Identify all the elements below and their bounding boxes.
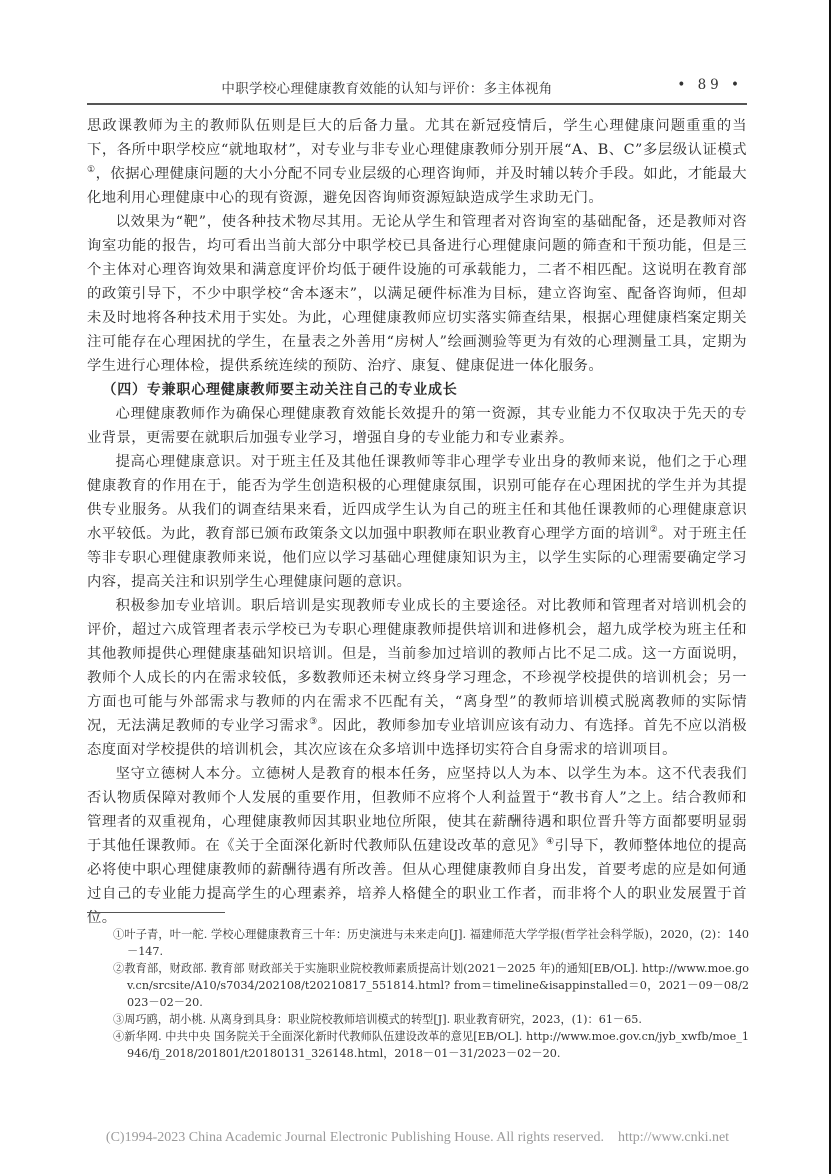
footnote-3: ③周巧鸥，胡小桃. 从离身到具身：职业院校教师培训模式的转型[J]. 职业教育研…	[113, 1011, 749, 1028]
paragraph: 思政课教师为主的教师队伍则是巨大的后备力量。尤其在新冠疫情后，学生心理健康问题重…	[87, 114, 747, 210]
header-rule	[87, 103, 747, 105]
footnote-ref-4[interactable]: ④	[546, 837, 555, 847]
footnote-2: ②教育部，财政部. 教育部 财政部关于实施职业院校教师素质提高计划(2021－2…	[113, 960, 749, 1011]
paragraph: 坚守立德树人本分。立德树人是教育的根本任务，应坚持以人为本、以学生为本。这不代表…	[87, 762, 747, 930]
paragraph-text: 积极参加专业培训。职后培训是实现教师专业成长的主要途径。对比教师和管理者对培训机…	[87, 598, 747, 734]
page-number: • 89 •	[677, 77, 743, 93]
footnote-ref-3[interactable]: ③	[309, 717, 318, 727]
running-header: 中职学校心理健康教育效能的认知与评价：多主体视角 • 89 •	[87, 77, 747, 99]
paragraph-text: 提高心理健康意识。对于班主任及其他任课教师等非心理学专业出身的教师来说，他们之于…	[87, 454, 747, 542]
paragraph-text: ，依据心理健康问题的大小分配不同专业层级的心理咨询师，并及时辅以转介手段。如此，…	[87, 166, 747, 206]
footnote-1: ①叶子青，叶一舵. 学校心理健康教育三十年：历史演进与未来走向[J]. 福建师范…	[113, 926, 749, 960]
section-heading: （四）专兼职心理健康教师要主动关注自己的专业成长	[87, 378, 747, 402]
footnote-ref-1[interactable]: ①	[87, 165, 96, 175]
paragraph: 心理健康教师作为确保心理健康教育效能长效提升的第一资源，其专业能力不仅取决于先天…	[87, 402, 747, 450]
footnotes: ①叶子青，叶一舵. 学校心理健康教育三十年：历史演进与未来走向[J]. 福建师范…	[113, 926, 749, 1062]
footnote-separator	[87, 912, 225, 913]
paragraph: 以效果为“靶”，使各种技术物尽其用。无论从学生和管理者对咨询室的基础配备，还是教…	[87, 210, 747, 378]
paragraph: 积极参加专业培训。职后培训是实现教师专业成长的主要途径。对比教师和管理者对培训机…	[87, 594, 747, 762]
article-body: 思政课教师为主的教师队伍则是巨大的后备力量。尤其在新冠疫情后，学生心理健康问题重…	[87, 114, 747, 930]
copyright-notice: (C)1994-2023 China Academic Journal Elec…	[0, 1130, 831, 1146]
paragraph: 提高心理健康意识。对于班主任及其他任课教师等非心理学专业出身的教师来说，他们之于…	[87, 450, 747, 594]
running-title: 中职学校心理健康教育效能的认知与评价：多主体视角	[87, 77, 687, 97]
paragraph-text: 思政课教师为主的教师队伍则是巨大的后备力量。尤其在新冠疫情后，学生心理健康问题重…	[87, 118, 747, 158]
footnote-ref-2[interactable]: ②	[650, 525, 659, 535]
footnote-4: ④新华网. 中共中央 国务院关于全面深化新时代教师队伍建设改革的意见[EB/OL…	[113, 1028, 749, 1062]
